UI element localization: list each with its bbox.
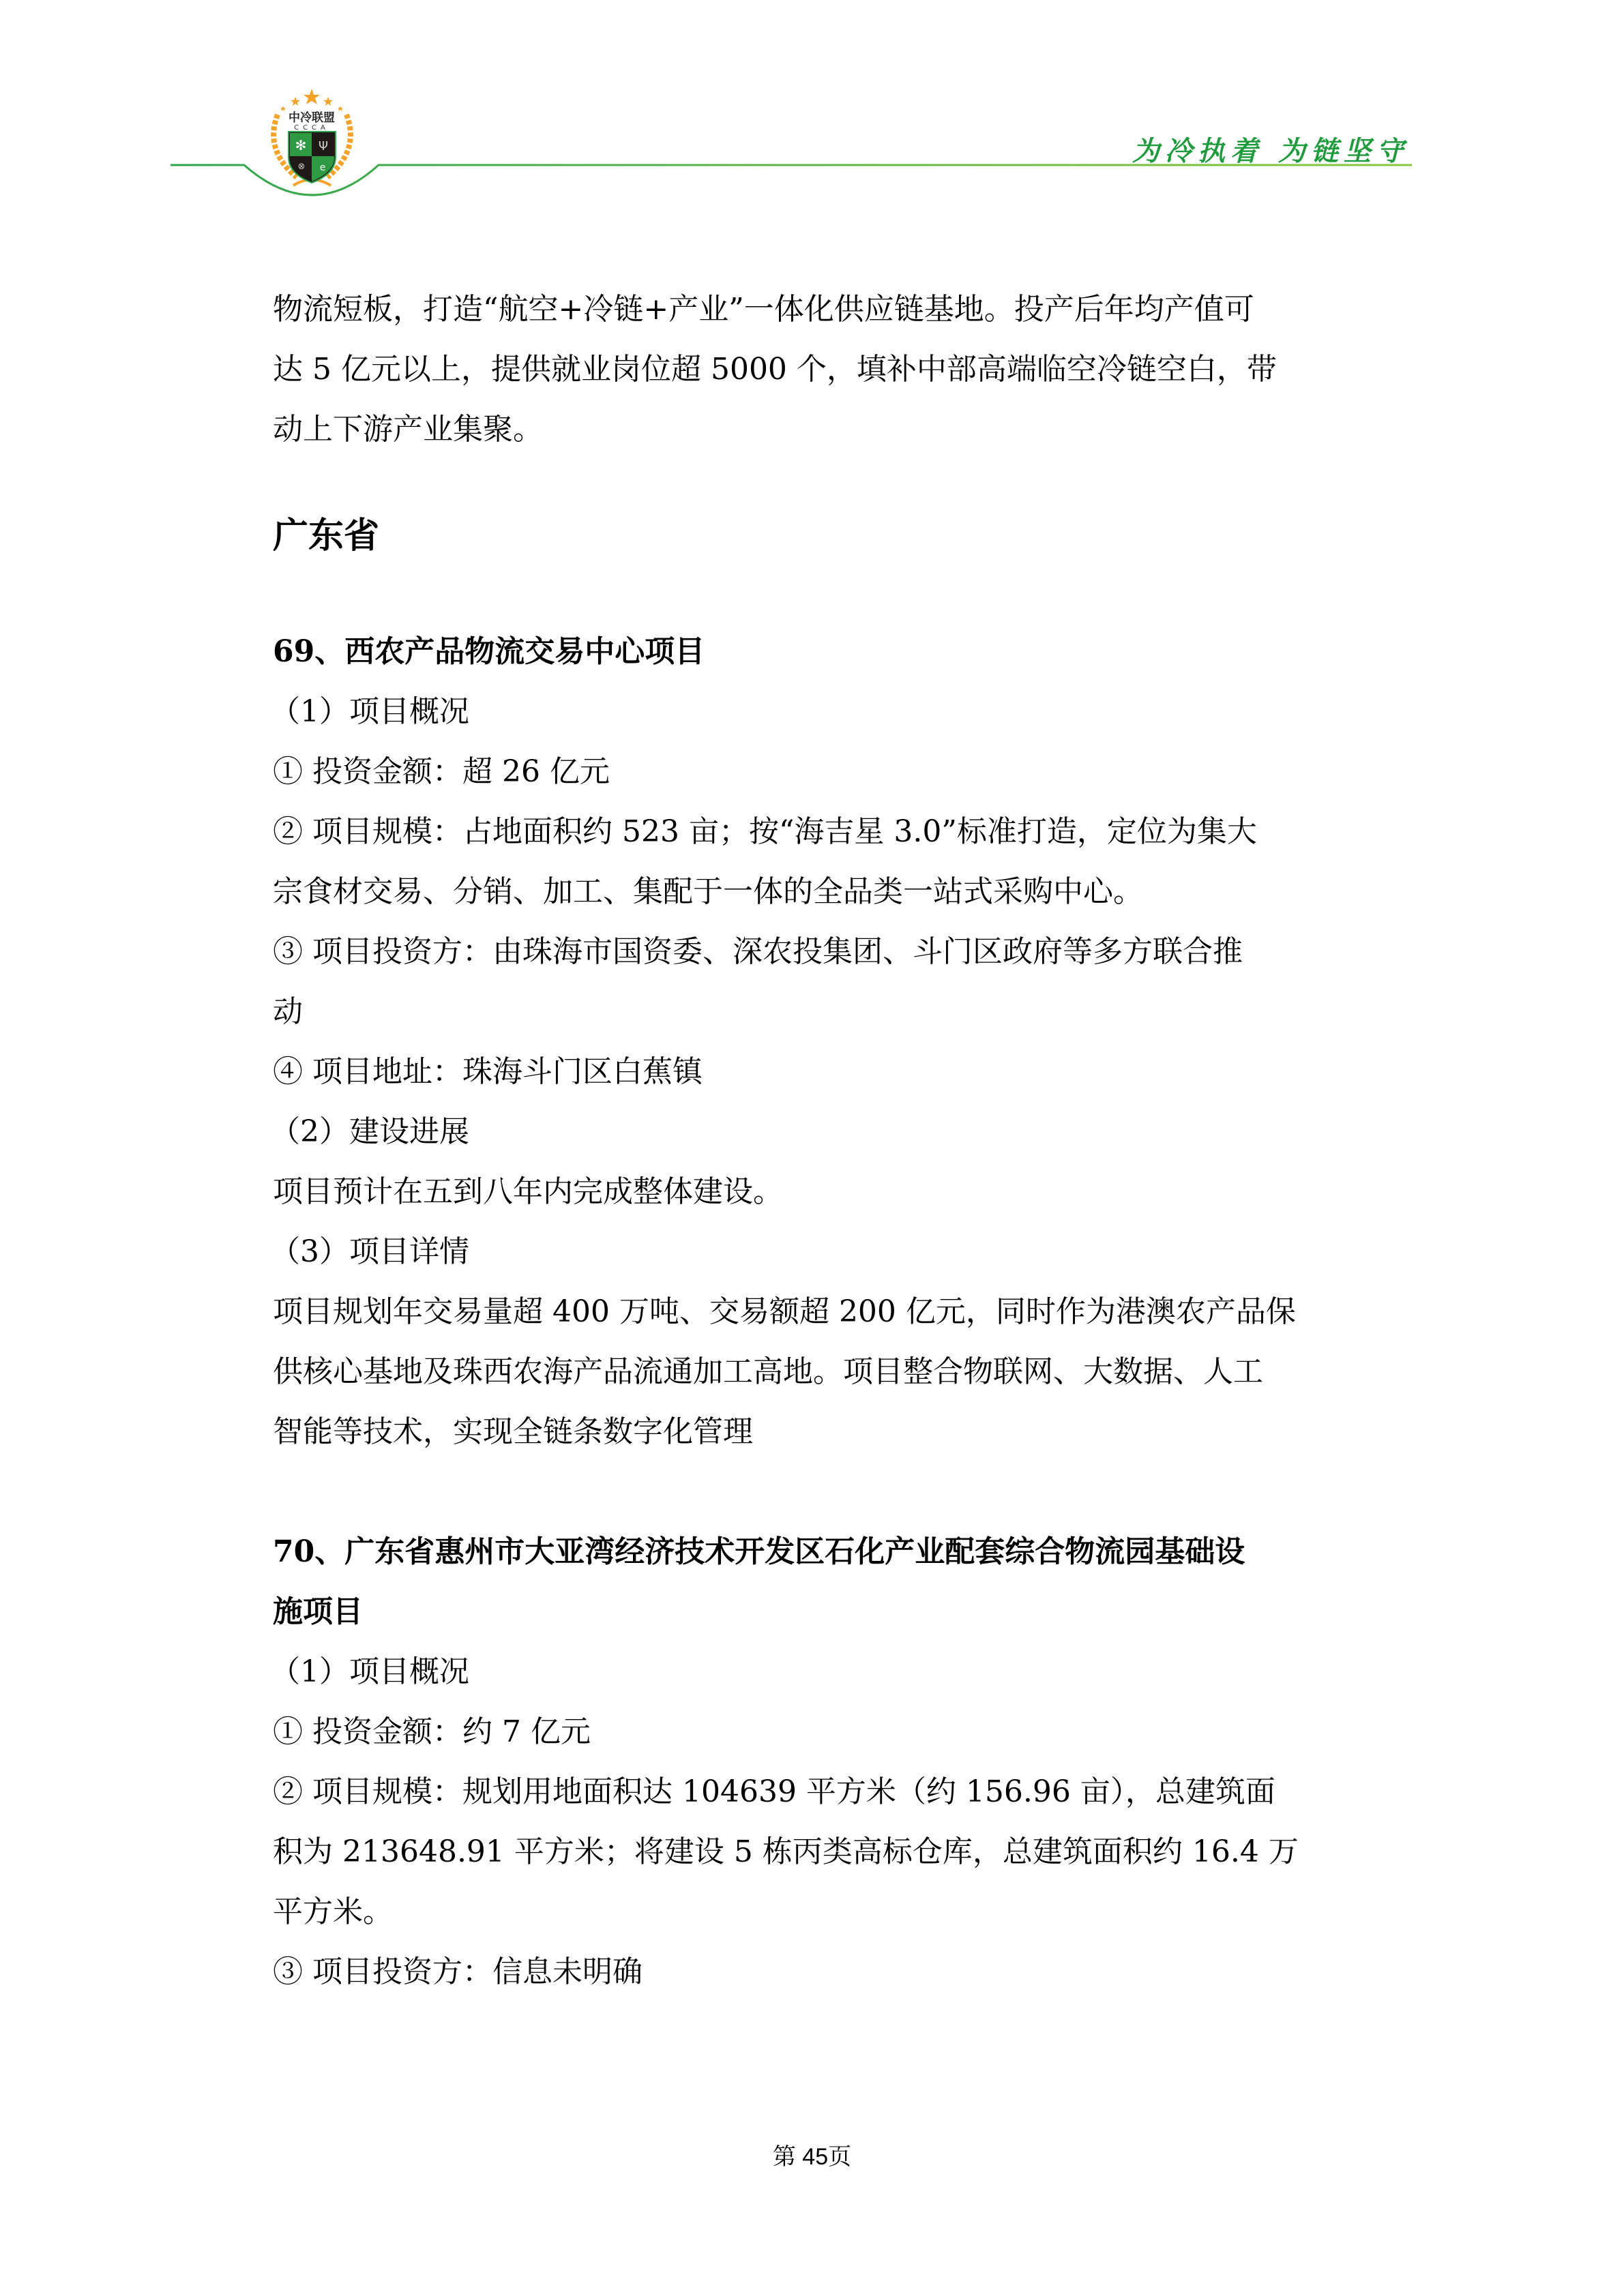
intro-paragraph: 物流短板，打造“航空+冷链+产业”一体化供应链基地。投产后年均产值可 达 5 亿… xyxy=(273,280,1357,460)
stars-icon xyxy=(280,89,343,111)
project-69: 69、西农产品物流交易中心项目 （1）项目概况 ① 投资金额：超 26 亿元 ②… xyxy=(273,622,1357,1462)
detail-line: 宗食材交易、分销、加工、集配于一体的全品类一站式采购中心。 xyxy=(273,862,1357,922)
paragraph-line: 动上下游产业集聚。 xyxy=(273,400,1357,460)
detail-line: ③ 项目投资方：由珠海市国资委、深农投集团、斗门区政府等多方联合推 xyxy=(273,922,1357,982)
detail-line: 智能等技术，实现全链条数字化管理 xyxy=(273,1402,1357,1462)
section-heading: （3）项目详情 xyxy=(273,1222,1357,1282)
document-body: 物流短板，打造“航空+冷链+产业”一体化供应链基地。投产后年均产值可 达 5 亿… xyxy=(273,280,1357,2002)
ccca-logo: 中冷联盟 CCCA ✻ Ψ e ⊗ xyxy=(263,82,361,184)
project-70: 70、广东省惠州市大亚湾经济技术开发区石化产业配套综合物流园基础设 施项目 （1… xyxy=(273,1522,1357,2002)
detail-line: ① 投资金额：约 7 亿元 xyxy=(273,1702,1357,1762)
detail-line: ② 项目规模：规划用地面积达 104639 平方米（约 156.96 亩），总建… xyxy=(273,1762,1357,1822)
svg-text:CCCA: CCCA xyxy=(294,124,329,132)
paragraph-line: 物流短板，打造“航空+冷链+产业”一体化供应链基地。投产后年均产值可 xyxy=(273,280,1357,340)
detail-line: ② 项目规模：占地面积约 523 亩；按“海吉星 3.0”标准打造，定位为集大 xyxy=(273,802,1357,862)
paragraph-line: 达 5 亿元以上，提供就业岗位超 5000 个，填补中部高端临空冷链空白，带 xyxy=(273,340,1357,400)
logo-emblem-icon: 中冷联盟 CCCA ✻ Ψ e ⊗ xyxy=(263,82,361,191)
province-heading: 广东省 xyxy=(273,502,1357,570)
svg-text:⊗: ⊗ xyxy=(298,162,306,172)
section-heading: （2）建设进展 xyxy=(273,1102,1357,1162)
detail-line: 供核心基地及珠西农海产品流通加工高地。项目整合物联网、大数据、人工 xyxy=(273,1342,1357,1402)
detail-line: ④ 项目地址：珠海斗门区白蕉镇 xyxy=(273,1042,1357,1102)
page-header: 中冷联盟 CCCA ✻ Ψ e ⊗ 为冷执着 为链坚守 xyxy=(0,0,1624,218)
section-heading: （1）项目概况 xyxy=(273,682,1357,742)
svg-text:e: e xyxy=(320,162,326,173)
project-title: 69、西农产品物流交易中心项目 xyxy=(273,622,1357,682)
slogan: 为冷执着 为链坚守 xyxy=(1132,130,1409,168)
svg-text:✻: ✻ xyxy=(295,137,307,153)
project-title: 70、广东省惠州市大亚湾经济技术开发区石化产业配套综合物流园基础设 xyxy=(273,1522,1357,1582)
detail-line: 积为 213648.91 平方米；将建设 5 栋丙类高标仓库，总建筑面积约 16… xyxy=(273,1822,1357,1882)
detail-line: 项目预计在五到八年内完成整体建设。 xyxy=(273,1162,1357,1222)
detail-line: 动 xyxy=(273,982,1357,1042)
svg-text:中冷联盟: 中冷联盟 xyxy=(289,110,335,125)
section-heading: （1）项目概况 xyxy=(273,1642,1357,1702)
detail-line: 平方米。 xyxy=(273,1882,1357,1942)
detail-line: 项目规划年交易量超 400 万吨、交易额超 200 亿元，同时作为港澳农产品保 xyxy=(273,1282,1357,1342)
detail-line: ① 投资金额：超 26 亿元 xyxy=(273,742,1357,802)
header-divider-line xyxy=(0,0,1624,218)
page-number: 第 45页 xyxy=(0,2138,1624,2171)
svg-text:Ψ: Ψ xyxy=(319,139,328,153)
detail-line: ③ 项目投资方：信息未明确 xyxy=(273,1942,1357,2002)
project-title: 施项目 xyxy=(273,1582,1357,1642)
